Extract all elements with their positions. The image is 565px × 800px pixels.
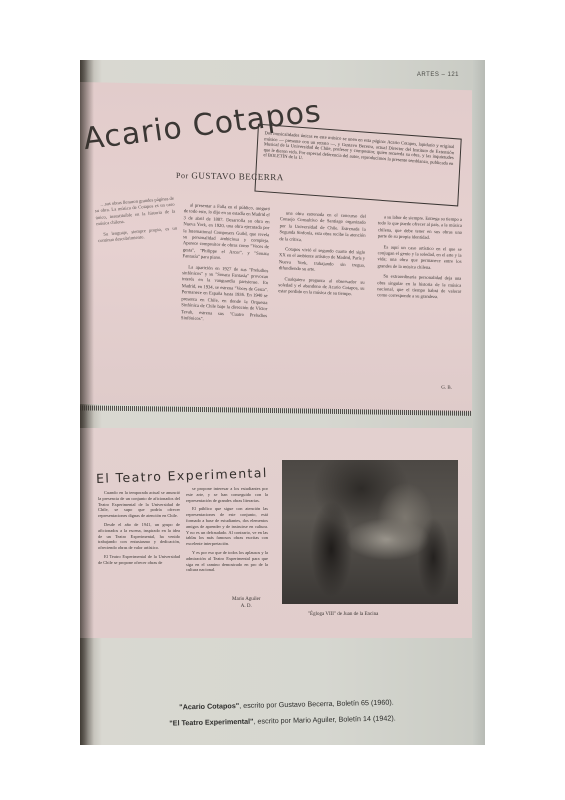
paragraph: Desde el año de 1941, un grupo de aficio…: [98, 522, 180, 551]
paragraph: Cotapos vivió el segundo cuarto del sigl…: [279, 246, 366, 275]
caption-line: "Acario Cotapos", escrito por Gustavo Be…: [88, 695, 485, 713]
paragraph: Cuando en la temporada actual se anunció…: [98, 490, 180, 519]
paragraph: Y es por eso que de todos los aplausos y…: [186, 550, 268, 573]
paragraph: a su labor de siempre. Entrega su tiempo…: [378, 214, 462, 242]
article-acario-cotapos: Acario Cotapos Por GUSTAVO BECERRA Dos m…: [80, 82, 472, 412]
signature-name: Mario Aguiler: [232, 596, 260, 603]
intro-box: Dos musicalidades únicas en este músico …: [254, 124, 461, 207]
paragraph: El público que sigue con atención las re…: [186, 506, 268, 547]
article-teatro-experimental: El Teatro Experimental Cuando en la temp…: [80, 428, 472, 638]
paragraph: Su lenguaje, siempre propio, es un conti…: [97, 225, 178, 244]
paragraph: …sus obras llenaron grandes páginas de s…: [94, 196, 176, 228]
signature: Mario Aguiler A. D.: [232, 596, 260, 610]
image-captions: "Acario Cotapos", escrito por Gustavo Be…: [80, 700, 485, 732]
photographed-page: ARTES – 121 Acario Cotapos Por GUSTAVO B…: [80, 60, 485, 745]
paragraph: al presentar a Falla en el público, aseg…: [182, 202, 269, 264]
text-column-1: Cuando en la temporada actual se anunció…: [98, 490, 180, 569]
paragraph: una obra estrenada en el concurso del Co…: [279, 210, 366, 246]
paragraph: Es aquí un caso artístico en el que se c…: [377, 244, 461, 272]
caption-text: , escrito por Mario Aguiler, Boletín 14 …: [253, 713, 395, 725]
intro-text: Dos musicalidades únicas en este músico …: [263, 130, 454, 172]
caption-line: "El Teatro Experimental", escrito por Ma…: [80, 711, 485, 729]
paragraph: El Teatro Experimental de la Universidad…: [98, 554, 180, 566]
paragraph: se propone interesar a los estudiantes p…: [186, 486, 268, 503]
text-column-2: se propone interesar a los estudiantes p…: [186, 486, 268, 576]
decorative-rule: [80, 405, 472, 415]
paragraph: La aparición en 1927 de sus "Preludios s…: [181, 264, 268, 326]
theatre-photo: [282, 460, 458, 604]
page-edge: [473, 60, 485, 745]
paragraph: Cualquiera pregunta al observador su sol…: [278, 276, 364, 299]
signature-suffix: A. D.: [232, 603, 260, 610]
caption-title: "El Teatro Experimental": [169, 717, 253, 728]
paragraph: Su extraordinaria personalidad deja una …: [377, 273, 461, 301]
photo-caption: "Égloga VIII" de Juan de la Encina: [308, 612, 378, 617]
byline-prefix: Por: [176, 171, 189, 180]
text-column-2: al presentar a Falla en el público, aseg…: [181, 202, 270, 329]
caption-title: "Acario Cotapos": [179, 701, 239, 711]
text-column-1: …sus obras llenaron grandes páginas de s…: [94, 196, 178, 249]
page-folio: ARTES – 121: [417, 72, 459, 78]
text-column-4: a su labor de siempre. Entrega su tiempo…: [377, 214, 462, 305]
text-column-3: una obra estrenada en el concurso del Co…: [278, 210, 366, 302]
author-initials: G. B.: [441, 386, 452, 391]
article-title: El Teatro Experimental: [96, 465, 268, 486]
caption-text: , escrito por Gustavo Becerra, Boletín 6…: [239, 698, 394, 711]
